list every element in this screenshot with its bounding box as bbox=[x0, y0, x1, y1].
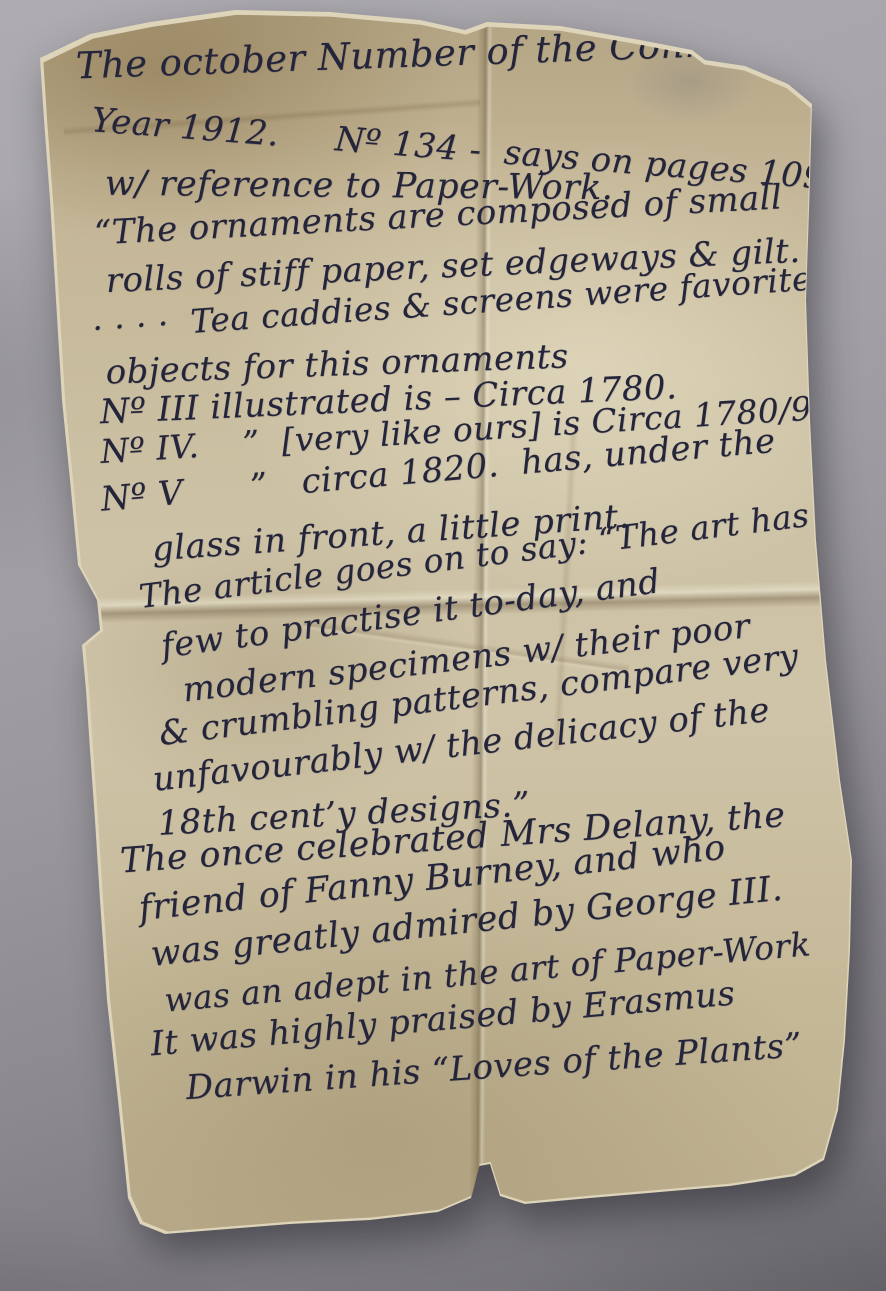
handwritten-note-paper: The october Number of the Connoisseur Ye… bbox=[4, 5, 885, 1288]
handwritten-line: The october Number of the Connoisseur bbox=[75, 18, 847, 88]
photo-background: The october Number of the Connoisseur Ye… bbox=[0, 0, 886, 1291]
paper-shadow-wrap: The october Number of the Connoisseur Ye… bbox=[0, 0, 886, 1291]
